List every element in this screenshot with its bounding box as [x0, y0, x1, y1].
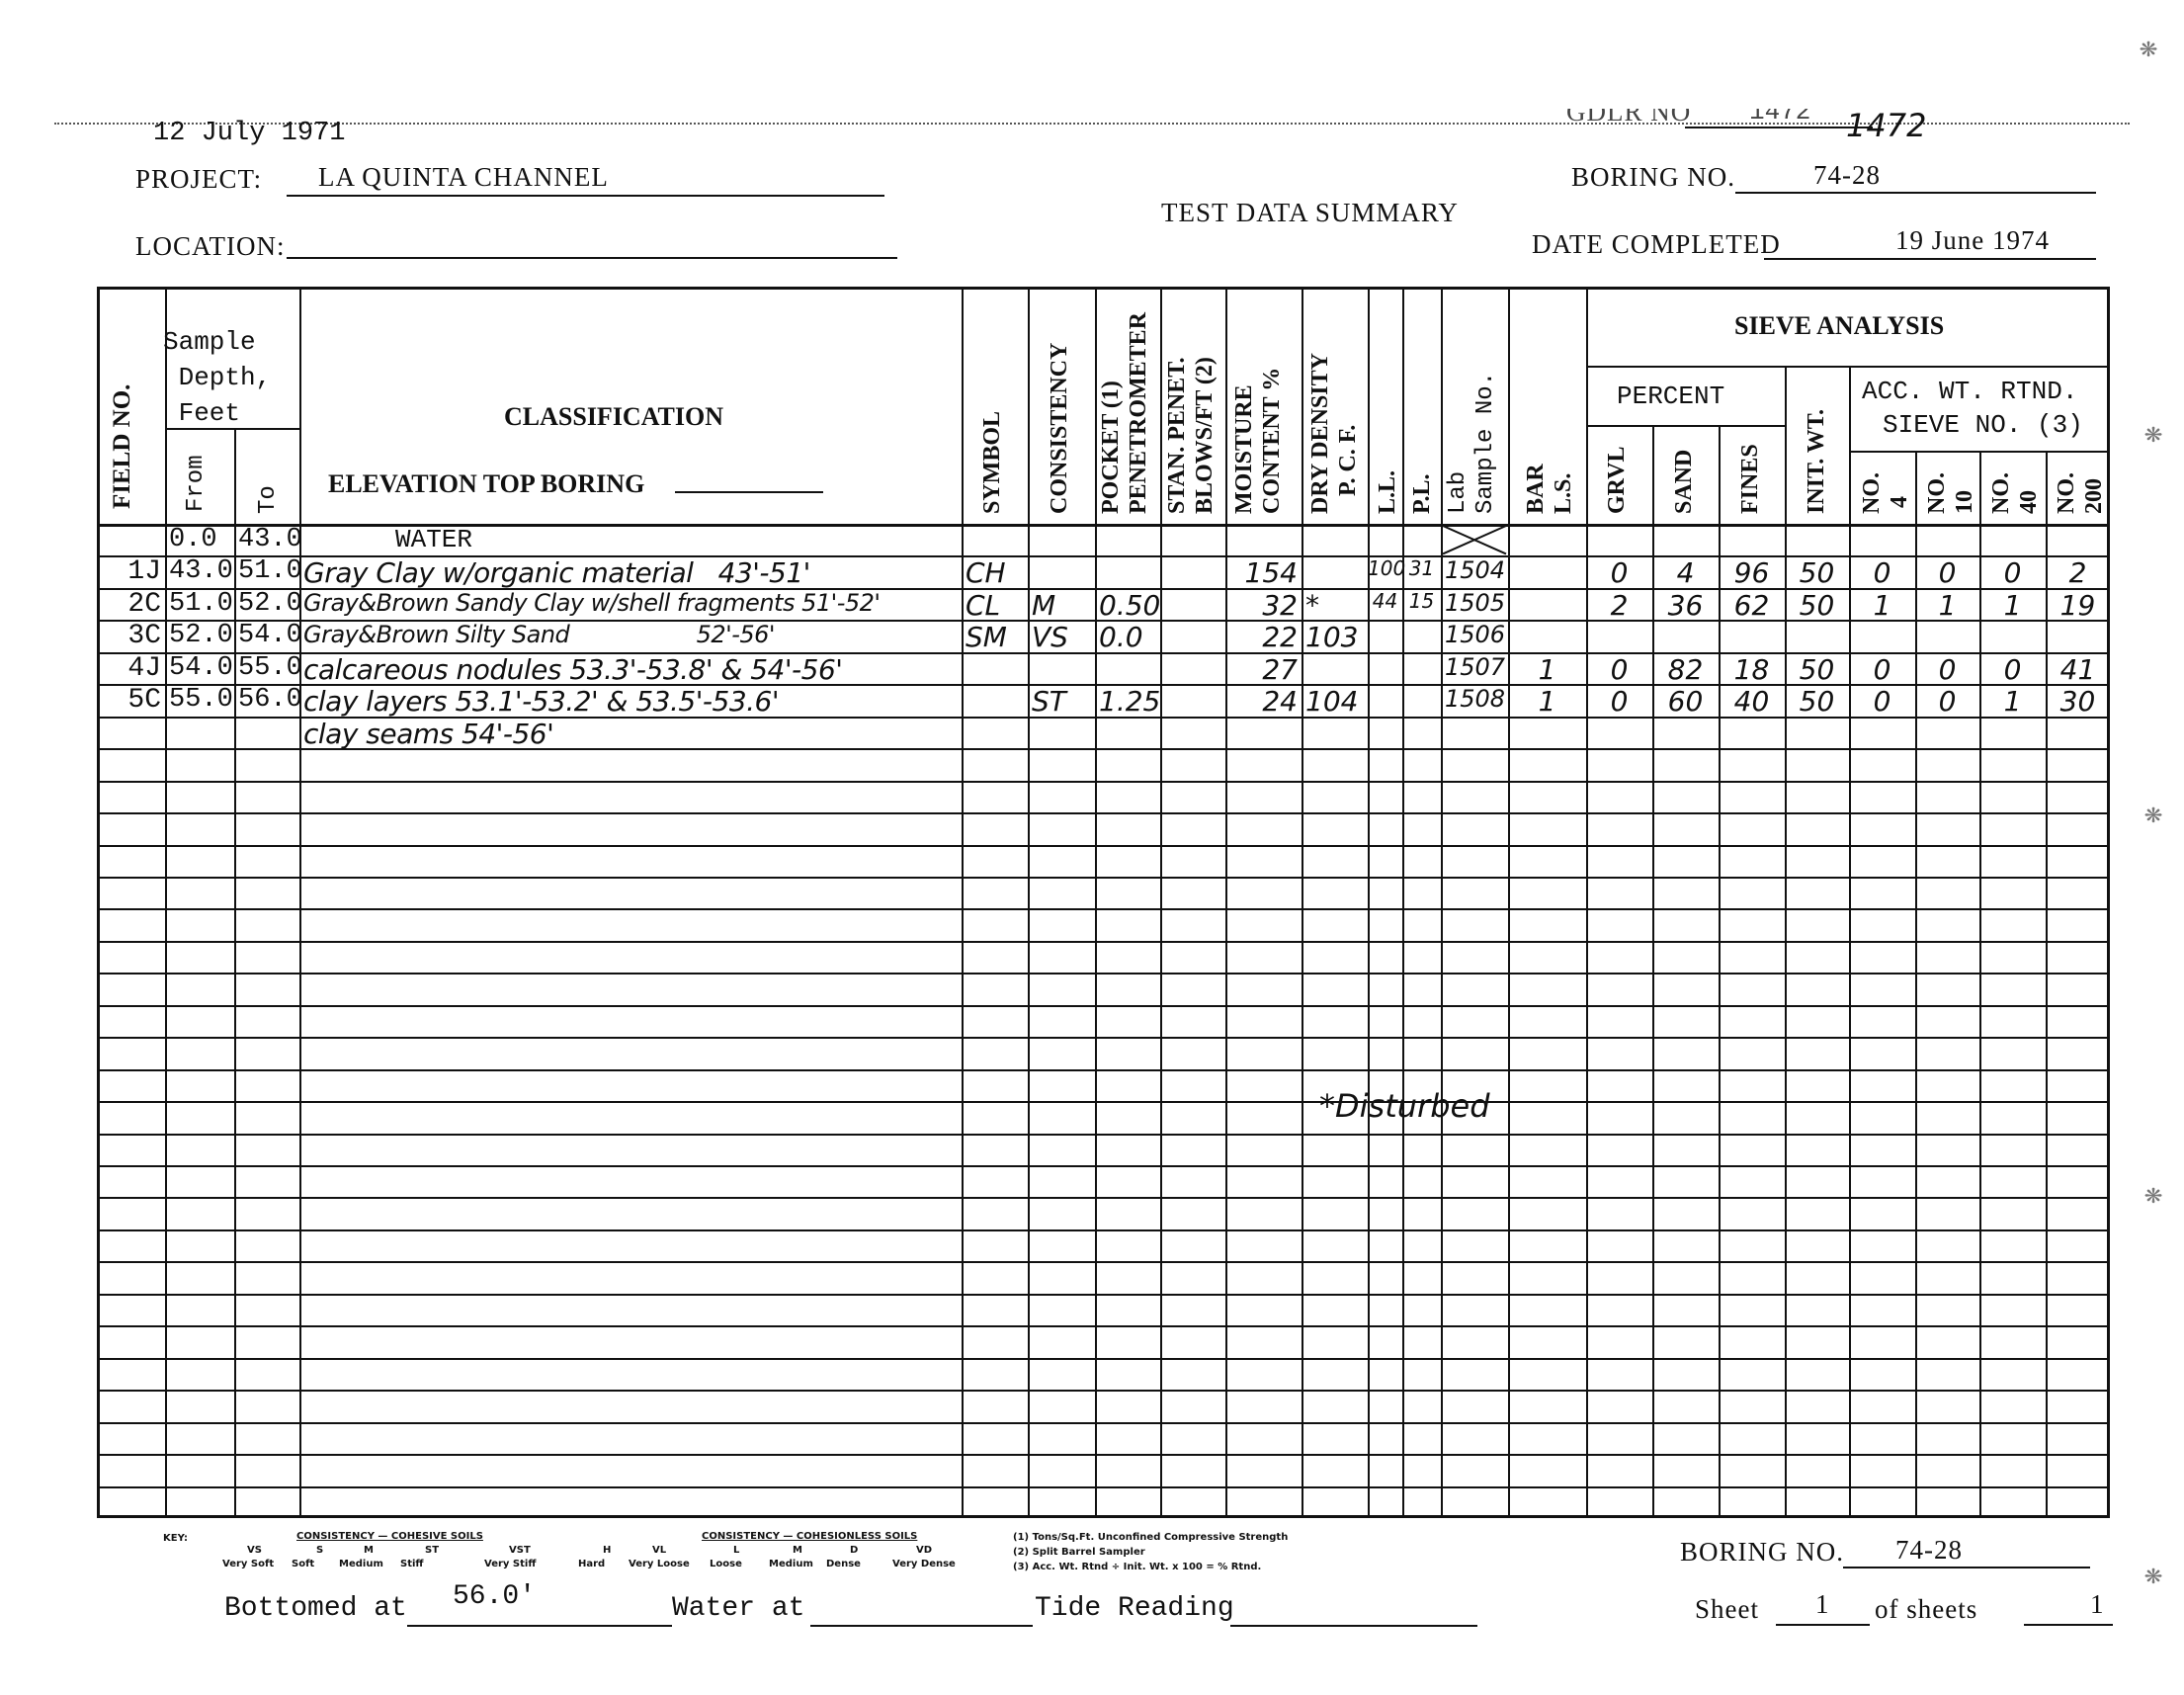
header-stan-penet: STAN. PENET. BLOWS/FT (2) [1163, 297, 1218, 514]
header-no4: NO. 4 [1858, 455, 1913, 514]
header-moisture-content: MOISTURE CONTENT % [1230, 297, 1286, 514]
key-cohesionless-abbr: D [850, 1545, 858, 1556]
header-field-no: FIELD NO. [109, 341, 136, 509]
cell-no10: 1 [1915, 589, 1979, 622]
cell-no10: 0 [1915, 653, 1979, 686]
gdlr-label: GDLR NO [1566, 97, 1691, 127]
grid-hline [97, 1069, 2110, 1071]
grid-hline [97, 1037, 2110, 1039]
cell-to: 54.0 [238, 621, 302, 650]
key-cohesionless-name: Medium [769, 1559, 813, 1569]
project-value: LA QUINTA CHANNEL [318, 162, 609, 193]
grid-vline [1586, 287, 1588, 1518]
cell-fines: 40 [1719, 685, 1785, 718]
cell-pl: 15 [1402, 589, 1441, 613]
cell-lab-sample: 1504 [1445, 556, 1505, 584]
key-cohesive-title: CONSISTENCY — COHESIVE SOILS [296, 1531, 483, 1542]
gdlr-underline [1685, 127, 1873, 128]
cell-pocket: 0.0 [1099, 621, 1143, 653]
cell-dry-density: * [1305, 589, 1319, 622]
cell-init-wt: 50 [1785, 556, 1849, 589]
header-pocket-penetrometer: POCKET (1) PENETROMETER [1097, 297, 1152, 514]
key-cohesive-abbr: VST [509, 1545, 531, 1556]
cell-pl: 31 [1402, 556, 1441, 580]
header-sieve-analysis: SIEVE ANALYSIS [1734, 311, 1944, 341]
cell-no200: 30 [2046, 685, 2110, 718]
header-bar-ls: BAR L.S. [1522, 425, 1577, 514]
bottomed-at-underline [407, 1625, 672, 1627]
cell-no4: 0 [1849, 685, 1915, 718]
header-consistency: CONSISTENCY [1046, 316, 1073, 514]
gdlr-handwritten-value: 1472 [1846, 107, 1926, 144]
cell-to: 51.0 [238, 556, 302, 586]
cell-symbol: SM [966, 621, 1007, 653]
cell-consistency: M [1032, 589, 1055, 622]
location-field [287, 257, 897, 259]
scan-artifact: ❋ [2144, 415, 2162, 452]
grid-hline [97, 1325, 2110, 1327]
cell-classification: calcareous nodules 53.3'-53.8' & 54'-56' [303, 653, 842, 686]
header-dry-density: DRY DENSITY P. C. F. [1306, 297, 1362, 514]
cell-grvl: 2 [1586, 589, 1652, 622]
key-cohesionless-abbr: L [733, 1545, 739, 1556]
cell-no10: 0 [1915, 685, 1979, 718]
header-lab-sample-no: Lab Sample No. [1445, 316, 1500, 514]
cell-ll: 100 [1368, 556, 1402, 580]
header-symbol: SYMBOL [978, 316, 1006, 514]
header-no200: NO. 200 [2053, 450, 2108, 514]
grid-hline [97, 812, 2110, 814]
grid-vline [1028, 287, 1030, 1518]
cell-sand: 60 [1652, 685, 1719, 718]
cell-classification: Gray Clay w/organic material 43'-51' [303, 556, 810, 589]
cell-sand: 4 [1652, 556, 1719, 589]
cell-ll: 44 [1368, 589, 1402, 613]
key-cohesive-name: Medium [339, 1559, 383, 1569]
cross-mark-icon [1441, 524, 1508, 555]
cell-fines: 96 [1719, 556, 1785, 589]
cell-lab-sample: 1508 [1445, 685, 1505, 713]
grid-hline [97, 1101, 2110, 1103]
cell-no4: 0 [1849, 653, 1915, 686]
key-cohesionless-abbr: VD [916, 1545, 932, 1556]
grid-vline [1225, 287, 1227, 1518]
grid-hline [97, 1486, 2110, 1488]
key-label: KEY: [163, 1533, 188, 1544]
cell-lab-sample-crossed [1441, 524, 1508, 555]
cell-field-no: 2C [97, 589, 161, 620]
grid-hline [97, 1390, 2110, 1392]
grid-vline [962, 287, 964, 1518]
header-init-wt: INIT. WT. [1803, 366, 1830, 514]
cell-from: 0.0 [169, 525, 217, 554]
cell-from: 43.0 [169, 556, 233, 586]
grid-vline [1160, 287, 1162, 1518]
grid-vline [165, 287, 167, 1518]
grid-hline [97, 1358, 2110, 1360]
cell-classification: Gray&Brown Sandy Clay w/shell fragments … [303, 589, 881, 617]
grid-hline [97, 1294, 2110, 1296]
grid-hline [97, 1422, 2110, 1424]
document-title: TEST DATA SUMMARY [1161, 198, 1459, 228]
tide-reading-label: Tide Reading [1035, 1593, 1234, 1624]
cell-grvl: 0 [1586, 685, 1652, 718]
cell-to: 55.0 [238, 653, 302, 683]
cell-pocket: 0.50 [1099, 589, 1160, 622]
header-pl: P.L. [1408, 435, 1436, 514]
key-cohesionless-name: Dense [826, 1559, 861, 1569]
key-cohesive-name: Hard [578, 1559, 605, 1569]
boring-no-underline [1735, 192, 2096, 194]
grid-vline [1508, 287, 1510, 1518]
sheet-underline [1776, 1624, 1870, 1626]
cell-no40: 0 [1979, 556, 2046, 589]
cell-from: 51.0 [169, 589, 233, 619]
date-stamp: 12 July 1971 [153, 119, 345, 148]
bottomed-at-label: Bottomed at [224, 1593, 407, 1624]
scan-artifact: ❋ [2144, 1557, 2162, 1593]
cell-to: 52.0 [238, 589, 302, 619]
cell-symbol: CL [966, 589, 1000, 622]
page-top-rule [54, 123, 2130, 125]
cell-bar-ls: 1 [1508, 653, 1586, 686]
cell-lab-sample: 1506 [1445, 621, 1505, 648]
header-sample-depth: Sample Depth, Feet [163, 324, 271, 431]
footer-boring-no-label: BORING NO. [1680, 1537, 1844, 1568]
cell-dry-density: 104 [1305, 685, 1358, 718]
key-note-3: (3) Acc. Wt. Rtnd ÷ Init. Wt. x 100 = % … [1013, 1562, 1261, 1572]
cell-no40: 1 [1979, 685, 2046, 718]
header-classification: CLASSIFICATION [504, 402, 723, 432]
project-label: PROJECT: [135, 164, 262, 195]
grid-hline [97, 877, 2110, 879]
cell-no200: 41 [2046, 653, 2110, 686]
cell-pocket: 1.25 [1099, 685, 1160, 718]
cell-init-wt: 50 [1785, 653, 1849, 686]
boring-no-label: BORING NO. [1571, 162, 1735, 193]
grid-hline [97, 781, 2110, 783]
water-at-underline [810, 1625, 1033, 1627]
cell-sand: 82 [1652, 653, 1719, 686]
gdlr-typed-value: 1472 [1749, 97, 1810, 127]
grid-hline [1586, 366, 2110, 368]
date-completed-value: 19 June 1974 [1895, 225, 2050, 256]
header-ll: L.L. [1374, 435, 1401, 514]
cell-init-wt: 50 [1785, 589, 1849, 622]
water-at-label: Water at [672, 1593, 804, 1624]
location-label: LOCATION: [135, 231, 286, 262]
header-sand: SAND [1670, 435, 1698, 514]
cell-field-no: 3C [97, 621, 161, 651]
date-completed-label: DATE COMPLETED [1532, 229, 1781, 260]
header-fines: FINES [1736, 425, 1764, 514]
cell-to: 56.0 [238, 685, 302, 715]
key-cohesive-abbr: S [316, 1545, 323, 1556]
cell-classification: Gray&Brown Silty Sand 52'-56' [303, 621, 775, 648]
sheet-label: Sheet [1695, 1594, 1759, 1625]
key-note-1: (1) Tons/Sq.Ft. Unconfined Compressive S… [1013, 1532, 1288, 1543]
cell-from: 54.0 [169, 653, 233, 683]
grid-hline [97, 1261, 2110, 1263]
cell-lab-sample: 1505 [1445, 589, 1505, 617]
header-from: From [183, 443, 210, 512]
cell-no10: 0 [1915, 556, 1979, 589]
grid-vline [1441, 287, 1443, 1518]
key-cohesive-name: Very Stiff [484, 1559, 536, 1569]
grid-vline [1368, 287, 1370, 1518]
cell-bar-ls: 1 [1508, 685, 1586, 718]
cell-consistency: ST [1032, 685, 1066, 718]
key-cohesionless-name: Loose [710, 1559, 742, 1569]
grid-hline [97, 1165, 2110, 1167]
key-cohesionless-name: Very Loose [629, 1559, 690, 1569]
key-cohesive-abbr: H [603, 1545, 611, 1556]
cell-to: 43.0 [238, 525, 302, 554]
header-acc-wt-rtnd: ACC. WT. RTND. [1862, 377, 2077, 406]
cell-fines: 62 [1719, 589, 1785, 622]
grid-hline [97, 973, 2110, 975]
cell-field-no: 5C [97, 685, 161, 716]
header-no40: NO. 40 [1987, 455, 2043, 514]
header-no10: NO. 10 [1923, 455, 1978, 514]
scan-artifact: ❋ [2140, 30, 2157, 66]
grid-hline [97, 1229, 2110, 1231]
cell-fines: 18 [1719, 653, 1785, 686]
grid-hline [97, 845, 2110, 847]
key-cohesive-name: Soft [292, 1559, 314, 1569]
cell-init-wt: 50 [1785, 685, 1849, 718]
cell-moisture: 154 [1225, 556, 1298, 589]
grid-hline [97, 1005, 2110, 1007]
cell-classification: WATER [395, 525, 472, 554]
cell-from: 52.0 [169, 621, 233, 650]
grid-hline [97, 1454, 2110, 1456]
cell-sand: 36 [1652, 589, 1719, 622]
grid-vline [1302, 287, 1303, 1518]
of-sheets-value: 1 [2090, 1589, 2105, 1620]
grid-vline [1402, 287, 1404, 1518]
boring-no-value: 74-28 [1813, 160, 1881, 191]
cell-symbol: CH [966, 556, 1006, 589]
key-cohesionless-abbr: M [793, 1545, 802, 1556]
grid-hline [97, 1134, 2110, 1136]
cell-field-no: 4J [97, 653, 161, 684]
cell-grvl: 0 [1586, 556, 1652, 589]
project-underline [287, 195, 884, 197]
cell-moisture: 27 [1225, 653, 1298, 686]
key-cohesionless-name: Very Dense [892, 1559, 956, 1569]
bottomed-at-value: 56.0' [453, 1581, 536, 1612]
header-elevation-top-boring: ELEVATION TOP BORING [328, 469, 644, 499]
cell-moisture: 32 [1225, 589, 1298, 622]
key-cohesionless-abbr: VL [652, 1545, 666, 1556]
grid-vline [299, 287, 301, 1518]
key-cohesive-abbr: VS [247, 1545, 262, 1556]
key-cohesionless-title: CONSISTENCY — COHESIONLESS SOILS [702, 1531, 917, 1542]
cell-dry-density: 103 [1305, 621, 1358, 653]
of-sheets-label: of sheets [1875, 1594, 1977, 1625]
grid-hline [97, 941, 2110, 943]
grid-hline [97, 1197, 2110, 1199]
cell-no4: 0 [1849, 556, 1915, 589]
cell-no4: 1 [1849, 589, 1915, 622]
cell-classification: clay layers 53.1'-53.2' & 53.5'-53.6' [303, 685, 779, 718]
key-cohesive-abbr: ST [425, 1545, 439, 1556]
scan-artifact: ❋ [2144, 796, 2162, 832]
footer-boring-no-underline [1843, 1567, 2090, 1568]
tide-reading-underline [1230, 1625, 1477, 1627]
key-cohesive-name: Stiff [400, 1559, 424, 1569]
cell-classification: clay seams 54'-56' [303, 718, 553, 750]
cell-no200: 19 [2046, 589, 2110, 622]
date-completed-underline [1764, 258, 2096, 260]
cell-consistency: VS [1032, 621, 1068, 653]
header-sieve-no: SIEVE NO. (3) [1883, 410, 2083, 440]
cell-no40: 0 [1979, 653, 2046, 686]
key-cohesive-name: Very Soft [222, 1559, 274, 1569]
key-cohesive-abbr: M [364, 1545, 374, 1556]
cell-field-no: 1J [97, 556, 161, 587]
header-percent: PERCENT [1617, 381, 1724, 411]
of-sheets-underline [2024, 1624, 2113, 1626]
cell-from: 55.0 [169, 685, 233, 715]
elevation-field [675, 491, 823, 493]
key-note-2: (2) Split Barrel Sampler [1013, 1547, 1145, 1558]
cell-no200: 2 [2046, 556, 2110, 589]
cell-lab-sample: 1507 [1445, 653, 1505, 681]
grid-hline [97, 908, 2110, 910]
footer-boring-no-value: 74-28 [1895, 1535, 1963, 1566]
disturbed-note: *Disturbed [1319, 1087, 1490, 1125]
cell-moisture: 22 [1225, 621, 1298, 653]
cell-grvl: 0 [1586, 653, 1652, 686]
scan-artifact: ❋ [2144, 1176, 2162, 1213]
cell-no40: 1 [1979, 589, 2046, 622]
header-to: To [255, 465, 283, 514]
header-grvl: GRVL [1603, 435, 1631, 514]
cell-moisture: 24 [1225, 685, 1298, 718]
sheet-value: 1 [1815, 1589, 1830, 1620]
